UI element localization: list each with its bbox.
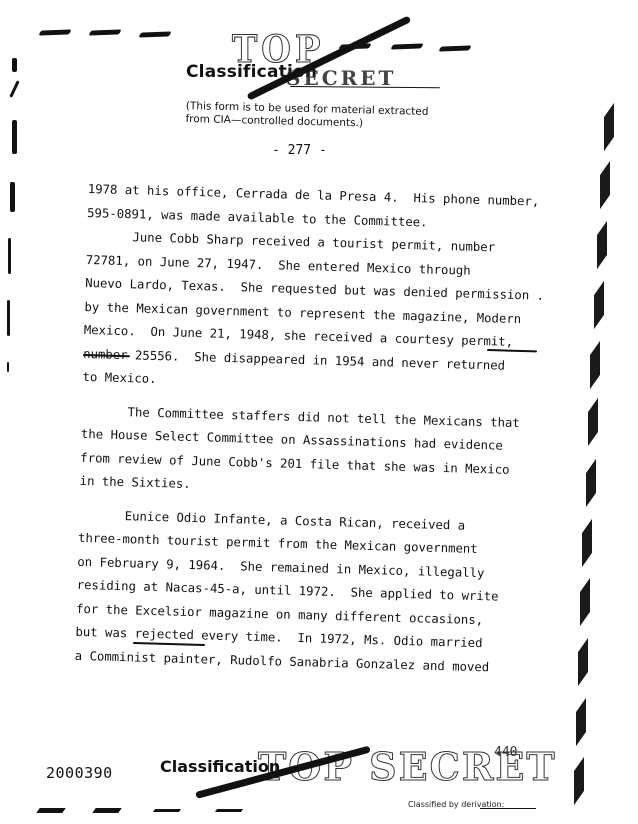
page-reference-number: 440 xyxy=(494,745,517,760)
paragraph: Eunice Odio Infante, a Costa Rican, rece… xyxy=(74,507,558,685)
signature-line xyxy=(480,808,536,809)
paragraph: June Cobb Sharp received a tourist permi… xyxy=(82,229,566,407)
border-dash xyxy=(9,80,19,98)
document-id: 2000390 xyxy=(46,764,113,782)
document-body: 1978 at his office, Cerrada de la Presa … xyxy=(74,182,567,685)
paragraph: The Committee staffers did not tell the … xyxy=(79,403,561,510)
border-marker xyxy=(594,281,604,329)
border-marker xyxy=(604,103,614,151)
border-marker xyxy=(588,398,598,446)
border-dash xyxy=(438,45,471,51)
border-dash xyxy=(138,31,171,37)
border-dash xyxy=(10,182,15,212)
border-marker xyxy=(582,519,592,567)
border-marker xyxy=(580,578,590,626)
border-marker xyxy=(600,161,610,209)
page-number: - 277 - xyxy=(272,143,327,158)
border-marker xyxy=(597,221,607,269)
border-dash xyxy=(153,809,181,812)
border-marker xyxy=(586,459,596,507)
border-dash xyxy=(88,29,121,35)
border-dash xyxy=(390,43,423,49)
border-marker xyxy=(576,698,586,746)
border-dash xyxy=(36,808,66,813)
form-note: (This form is to be used for material ex… xyxy=(185,100,428,132)
border-marker xyxy=(574,757,584,805)
border-dash xyxy=(7,300,10,336)
border-dash xyxy=(38,29,71,35)
border-dash xyxy=(12,58,17,72)
border-dash xyxy=(215,809,243,812)
border-dash xyxy=(12,120,17,154)
border-dash xyxy=(92,808,122,813)
border-marker xyxy=(590,341,600,389)
border-dash xyxy=(8,238,11,274)
border-marker xyxy=(578,638,588,686)
border-dash xyxy=(7,362,9,372)
document-page: TOP Classification SECRET (This form is … xyxy=(0,0,638,824)
